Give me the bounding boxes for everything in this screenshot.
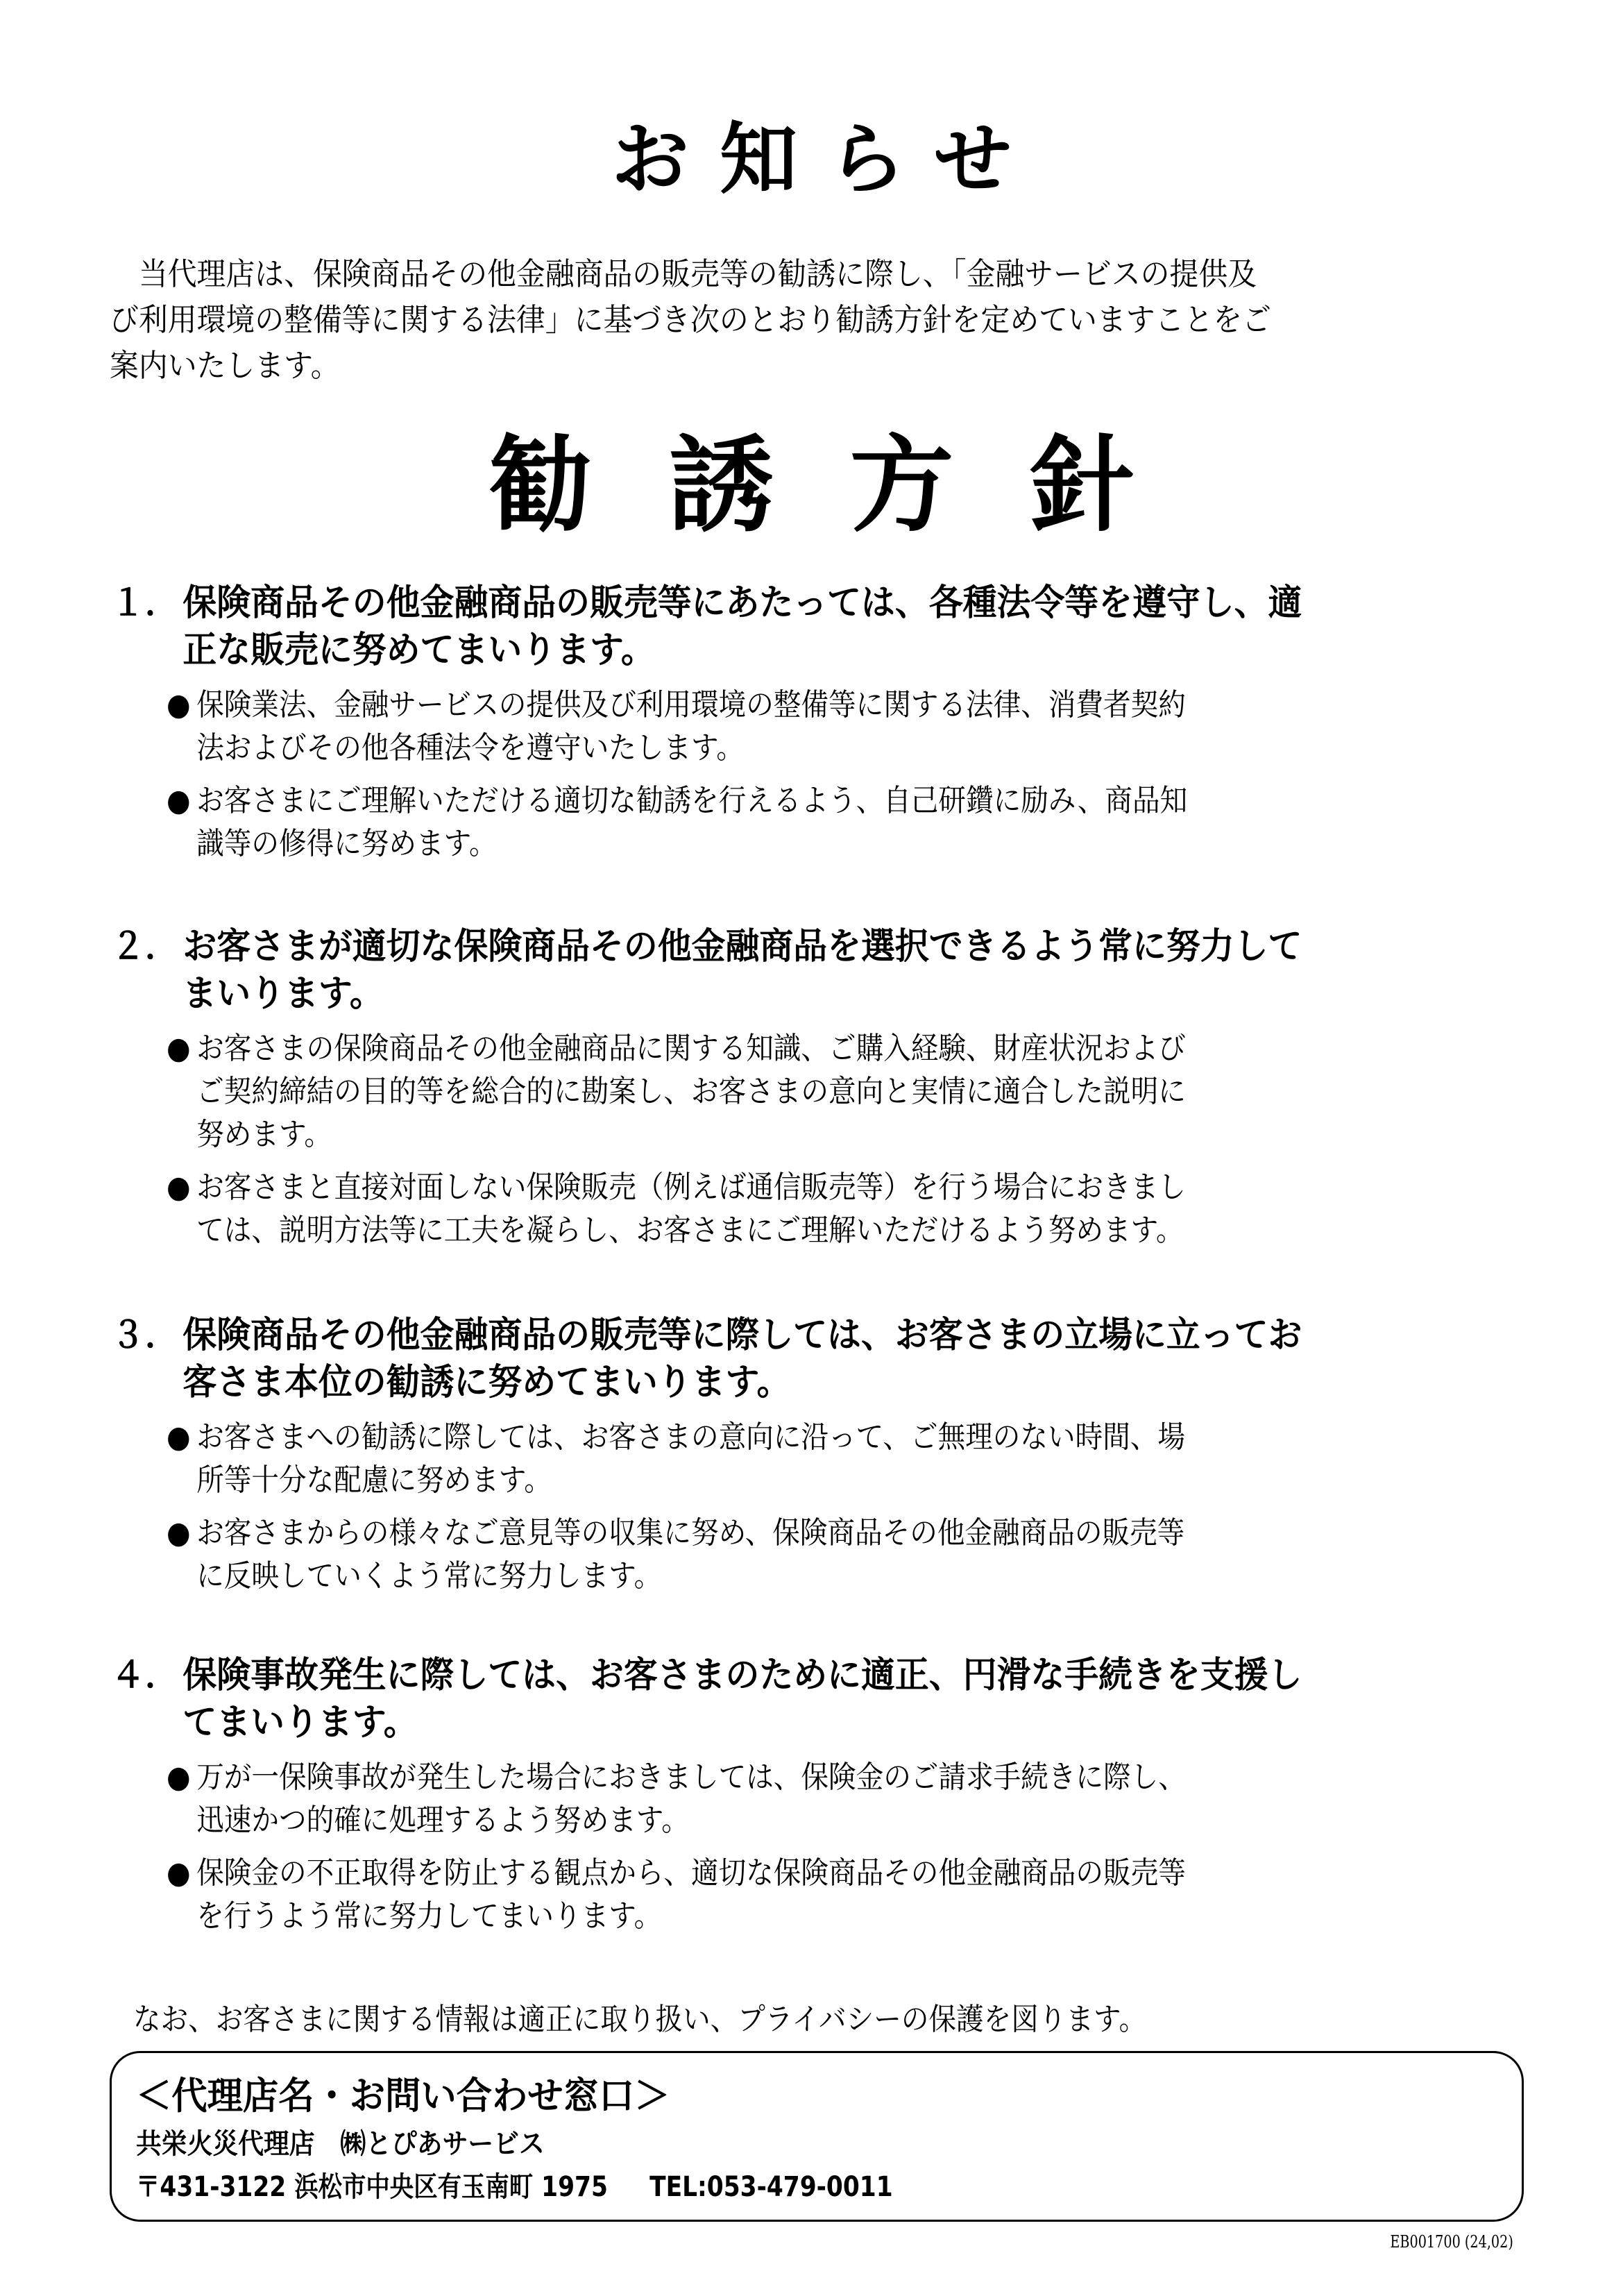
bullet-icon: ● (167, 1512, 196, 1555)
bullet-item: ●お客さまにご理解いただける適切な勧誘を行えるよう、自己研鑽に励み、商品知 識等… (167, 779, 1478, 866)
section-heading: ４．保険事故発生に際しては、お客さまのために適正、円滑な手続きを支援し てまいり… (111, 1652, 1540, 1746)
agency-address: 〒431-3122 浜松市中央区有玉南町 1975TEL:053-479-001… (136, 2168, 893, 2206)
intro-paragraph: 当代理店は、保険商品その他金融商品の販売等の勧誘に際し、「金融サービスの提供及 … (110, 251, 1523, 389)
bullet-item: ●お客さまからの様々なご意見等の収集に努め、保険商品その他金融商品の販売等 に反… (167, 1512, 1478, 1598)
intro-line: 案内いたします。 (110, 343, 1523, 389)
bullet-icon: ● (167, 684, 196, 727)
phone-number: TEL:053-479-0011 (649, 2171, 893, 2203)
section-heading: ２．お客さまが適切な保険商品その他金融商品を選択できるよう常に努力して まいりま… (111, 923, 1540, 1018)
section-number: ３． (111, 1312, 182, 1359)
bullet-item: ●お客さまへの勧誘に際しては、お客さまの意向に沿って、ご無理のない時間、場 所等… (167, 1416, 1478, 1502)
intro-line: び利用環境の整備等に関する法律」に基づき次のとおり勧誘方針を定めていますことをご (110, 297, 1523, 343)
section-heading: １．保険商品その他金融商品の販売等にあたっては、各種法令等を遵守し、適 正な販売… (111, 580, 1540, 674)
contact-heading: ＜代理店名・お問い合わせ窓口＞ (136, 2072, 670, 2120)
postal-address: 〒431-3122 浜松市中央区有玉南町 1975 (136, 2171, 608, 2203)
policy-section-4: ４．保険事故発生に際しては、お客さまのために適正、円滑な手続きを支援し てまいり… (111, 1652, 1540, 1938)
bullet-icon: ● (167, 1416, 196, 1459)
bullet-item: ●保険金の不正取得を防止する観点から、適切な保険商品その他金融商品の販売等 を行… (167, 1852, 1478, 1938)
policy-section-2: ２．お客さまが適切な保険商品その他金融商品を選択できるよう常に努力して まいりま… (111, 923, 1540, 1252)
bullet-icon: ● (167, 1852, 196, 1895)
intro-line: 当代理店は、保険商品その他金融商品の販売等の勧誘に際し、「金融サービスの提供及 (110, 251, 1523, 297)
bullet-icon: ● (167, 1756, 196, 1799)
bullet-icon: ● (167, 1166, 196, 1209)
policy-section-1: １．保険商品その他金融商品の販売等にあたっては、各種法令等を遵守し、適 正な販売… (111, 580, 1540, 866)
section-number: １． (111, 580, 182, 627)
bullet-icon: ● (167, 1027, 196, 1070)
section-heading: ３．保険商品その他金融商品の販売等に際しては、お客さまの立場に立ってお 客さま本… (111, 1312, 1540, 1406)
document-code: EB001700 (24,02) (1391, 2231, 1513, 2252)
bullet-item: ●保険業法、金融サービスの提供及び利用環境の整備等に関する法律、消費者契約 法お… (167, 684, 1478, 770)
bullet-item: ●万が一保険事故が発生した場合におきましては、保険金のご請求手続きに際し、 迅速… (167, 1756, 1478, 1842)
privacy-note: なお、お客さまに関する情報は適正に取り扱い、プライバシーの保護を図ります。 (133, 1999, 1146, 2041)
bullet-item: ●お客さまと直接対面しない保険販売（例えば通信販売等）を行う場合におきまし ては… (167, 1166, 1478, 1252)
agency-name: 共栄火災代理店 ㈱とぴあサービス (136, 2125, 545, 2163)
section-number: ２． (111, 923, 182, 970)
bullet-icon: ● (167, 779, 196, 822)
page-title: お知らせ (0, 111, 1623, 208)
policy-title: 勧誘方針 (0, 423, 1623, 548)
section-number: ４． (111, 1652, 182, 1699)
policy-section-3: ３．保険商品その他金融商品の販売等に際しては、お客さまの立場に立ってお 客さま本… (111, 1312, 1540, 1598)
bullet-item: ●お客さまの保険商品その他金融商品に関する知識、ご購入経験、財産状況および ご契… (167, 1027, 1478, 1156)
